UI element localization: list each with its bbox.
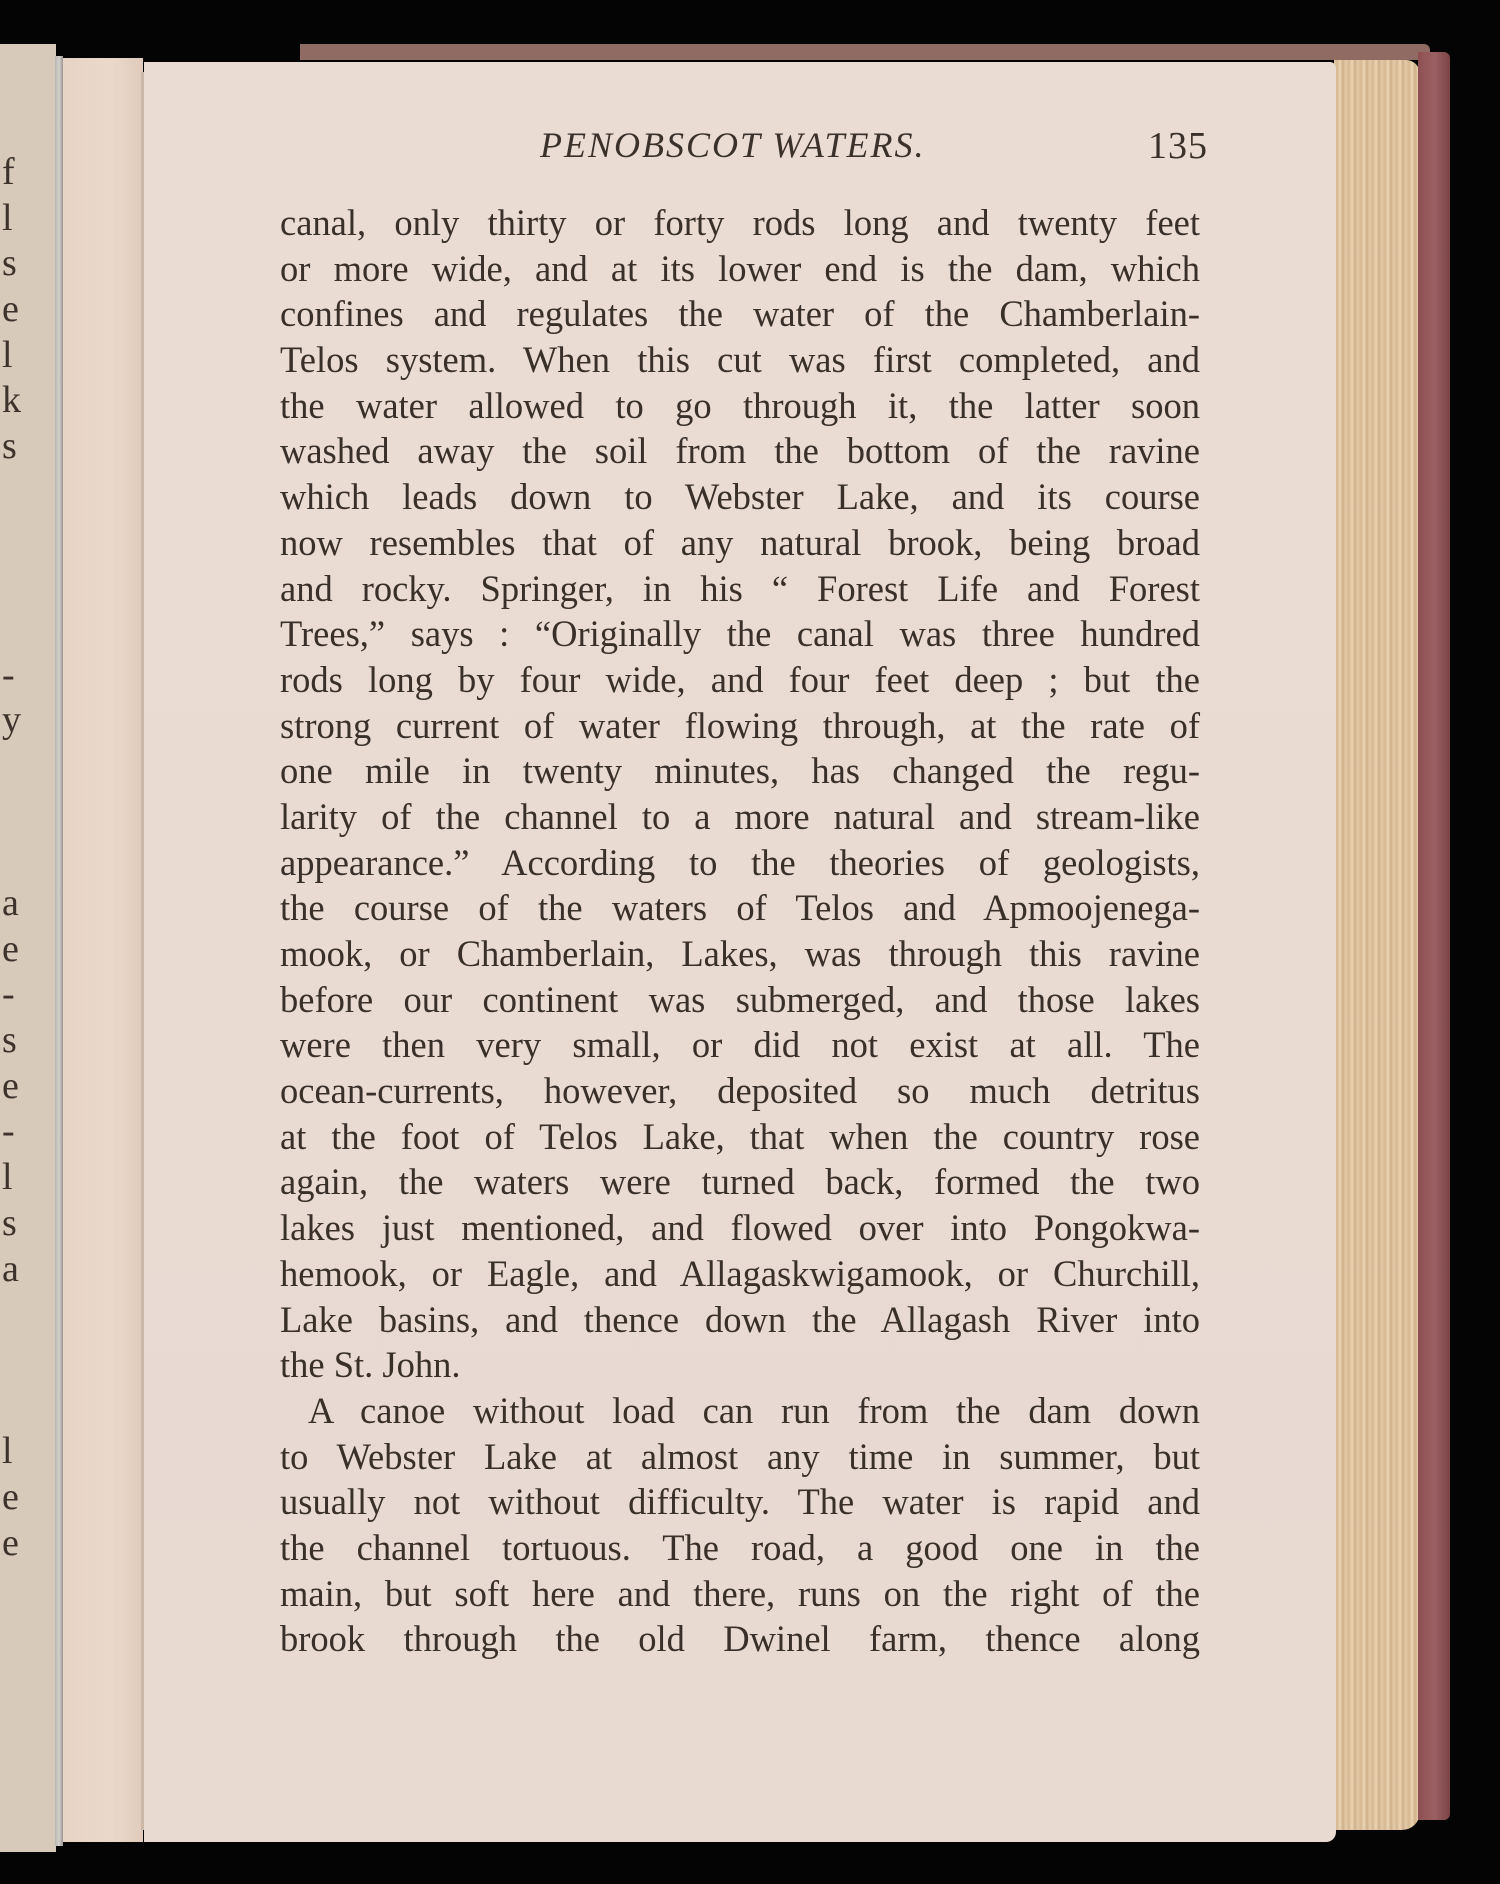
left-page-letter (2, 607, 42, 653)
left-page-letter (2, 470, 42, 516)
text-line: hemook, or Eagle, and Allagaskwigamook, … (280, 1251, 1200, 1297)
text-line: ocean-currents, however, deposited so mu… (280, 1068, 1200, 1114)
page-number: 135 (1148, 124, 1208, 168)
left-page-letter (2, 561, 42, 607)
text-line: appearance.” According to the theories o… (280, 840, 1200, 886)
left-page-letter (2, 835, 42, 881)
text-line: A canoe without load can run from the da… (280, 1388, 1200, 1434)
page-crease (141, 72, 144, 1830)
left-page-letter: e (2, 1475, 42, 1521)
left-page-letter: l (2, 1155, 42, 1201)
text-line: to Webster Lake at almost any time in su… (280, 1434, 1200, 1480)
text-line: the course of the waters of Telos and Ap… (280, 885, 1200, 931)
left-page-letter (2, 744, 42, 790)
left-page-letter: - (2, 1109, 42, 1155)
text-line: the channel tortuous. The road, a good o… (280, 1525, 1200, 1571)
binding-margin (63, 58, 143, 1842)
page-edges (1334, 60, 1420, 1830)
left-page-letter: s (2, 1018, 42, 1064)
left-page-letter: a (2, 1247, 42, 1293)
text-line: Lake basins, and thence down the Allagas… (280, 1297, 1200, 1343)
text-line: before our continent was submerged, and … (280, 977, 1200, 1023)
left-page-letter: f (2, 150, 42, 196)
left-page-letter: e (2, 1064, 42, 1110)
text-line: the water allowed to go through it, the … (280, 383, 1200, 429)
text-line: larity of the channel to a more natural … (280, 794, 1200, 840)
text-line: main, but soft here and there, runs on t… (280, 1571, 1200, 1617)
text-line: and rocky. Springer, in his “ Forest Lif… (280, 566, 1200, 612)
left-page-letter: e (2, 1521, 42, 1567)
text-line: at the foot of Telos Lake, that when the… (280, 1114, 1200, 1160)
left-page-letter: e (2, 927, 42, 973)
left-page-letter: - (2, 972, 42, 1018)
left-page-letter: k (2, 378, 42, 424)
left-page-letter: s (2, 424, 42, 470)
book-cover-right-edge (1418, 52, 1450, 1820)
text-line: confines and regulates the water of the … (280, 291, 1200, 337)
gutter-divider (55, 56, 63, 1846)
left-page-letter (2, 1338, 42, 1384)
text-line: which leads down to Webster Lake, and it… (280, 474, 1200, 520)
left-page-fragment: f l s e l k s - y a e - s e - l s a l e … (0, 44, 56, 1852)
book-cover-top-edge (300, 44, 1430, 60)
text-line: canal, only thirty or forty rods long an… (280, 200, 1200, 246)
left-page-letter: l (2, 333, 42, 379)
text-line: strong current of water flowing through,… (280, 703, 1200, 749)
left-page-letter: l (2, 1429, 42, 1475)
left-page-letter: s (2, 1201, 42, 1247)
text-line: rods long by four wide, and four feet de… (280, 657, 1200, 703)
text-line: brook through the old Dwinel farm, thenc… (280, 1616, 1200, 1662)
text-line: one mile in twenty minutes, has changed … (280, 748, 1200, 794)
left-page-letter (2, 516, 42, 562)
text-line: mook, or Chamberlain, Lakes, was through… (280, 931, 1200, 977)
left-page-letter: - (2, 653, 42, 699)
left-page-letter (2, 1292, 42, 1338)
left-page-letter: e (2, 287, 42, 333)
text-line: or more wide, and at its lower end is th… (280, 246, 1200, 292)
body-text: canal, only thirty or forty rods long an… (280, 200, 1200, 1662)
left-page-letter: a (2, 881, 42, 927)
text-line: were then very small, or did not exist a… (280, 1022, 1200, 1068)
text-line: again, the waters were turned back, form… (280, 1159, 1200, 1205)
text-line: Trees,” says : “Originally the canal was… (280, 611, 1200, 657)
left-page-letter: s (2, 241, 42, 287)
left-page-text-edge: f l s e l k s - y a e - s e - l s a l e … (2, 150, 42, 1566)
text-line: washed away the soil from the bottom of … (280, 428, 1200, 474)
left-page-letter (2, 790, 42, 836)
left-page-letter (2, 1384, 42, 1430)
text-line: the St. John. (280, 1342, 1200, 1388)
text-line: Telos system. When this cut was first co… (280, 337, 1200, 383)
left-page-letter: y (2, 698, 42, 744)
left-page-letter: l (2, 196, 42, 242)
text-line: now resembles that of any natural brook,… (280, 520, 1200, 566)
running-head: PENOBSCOT WATERS. (540, 124, 926, 166)
text-line: usually not without difficulty. The wate… (280, 1479, 1200, 1525)
text-line: lakes just mentioned, and flowed over in… (280, 1205, 1200, 1251)
